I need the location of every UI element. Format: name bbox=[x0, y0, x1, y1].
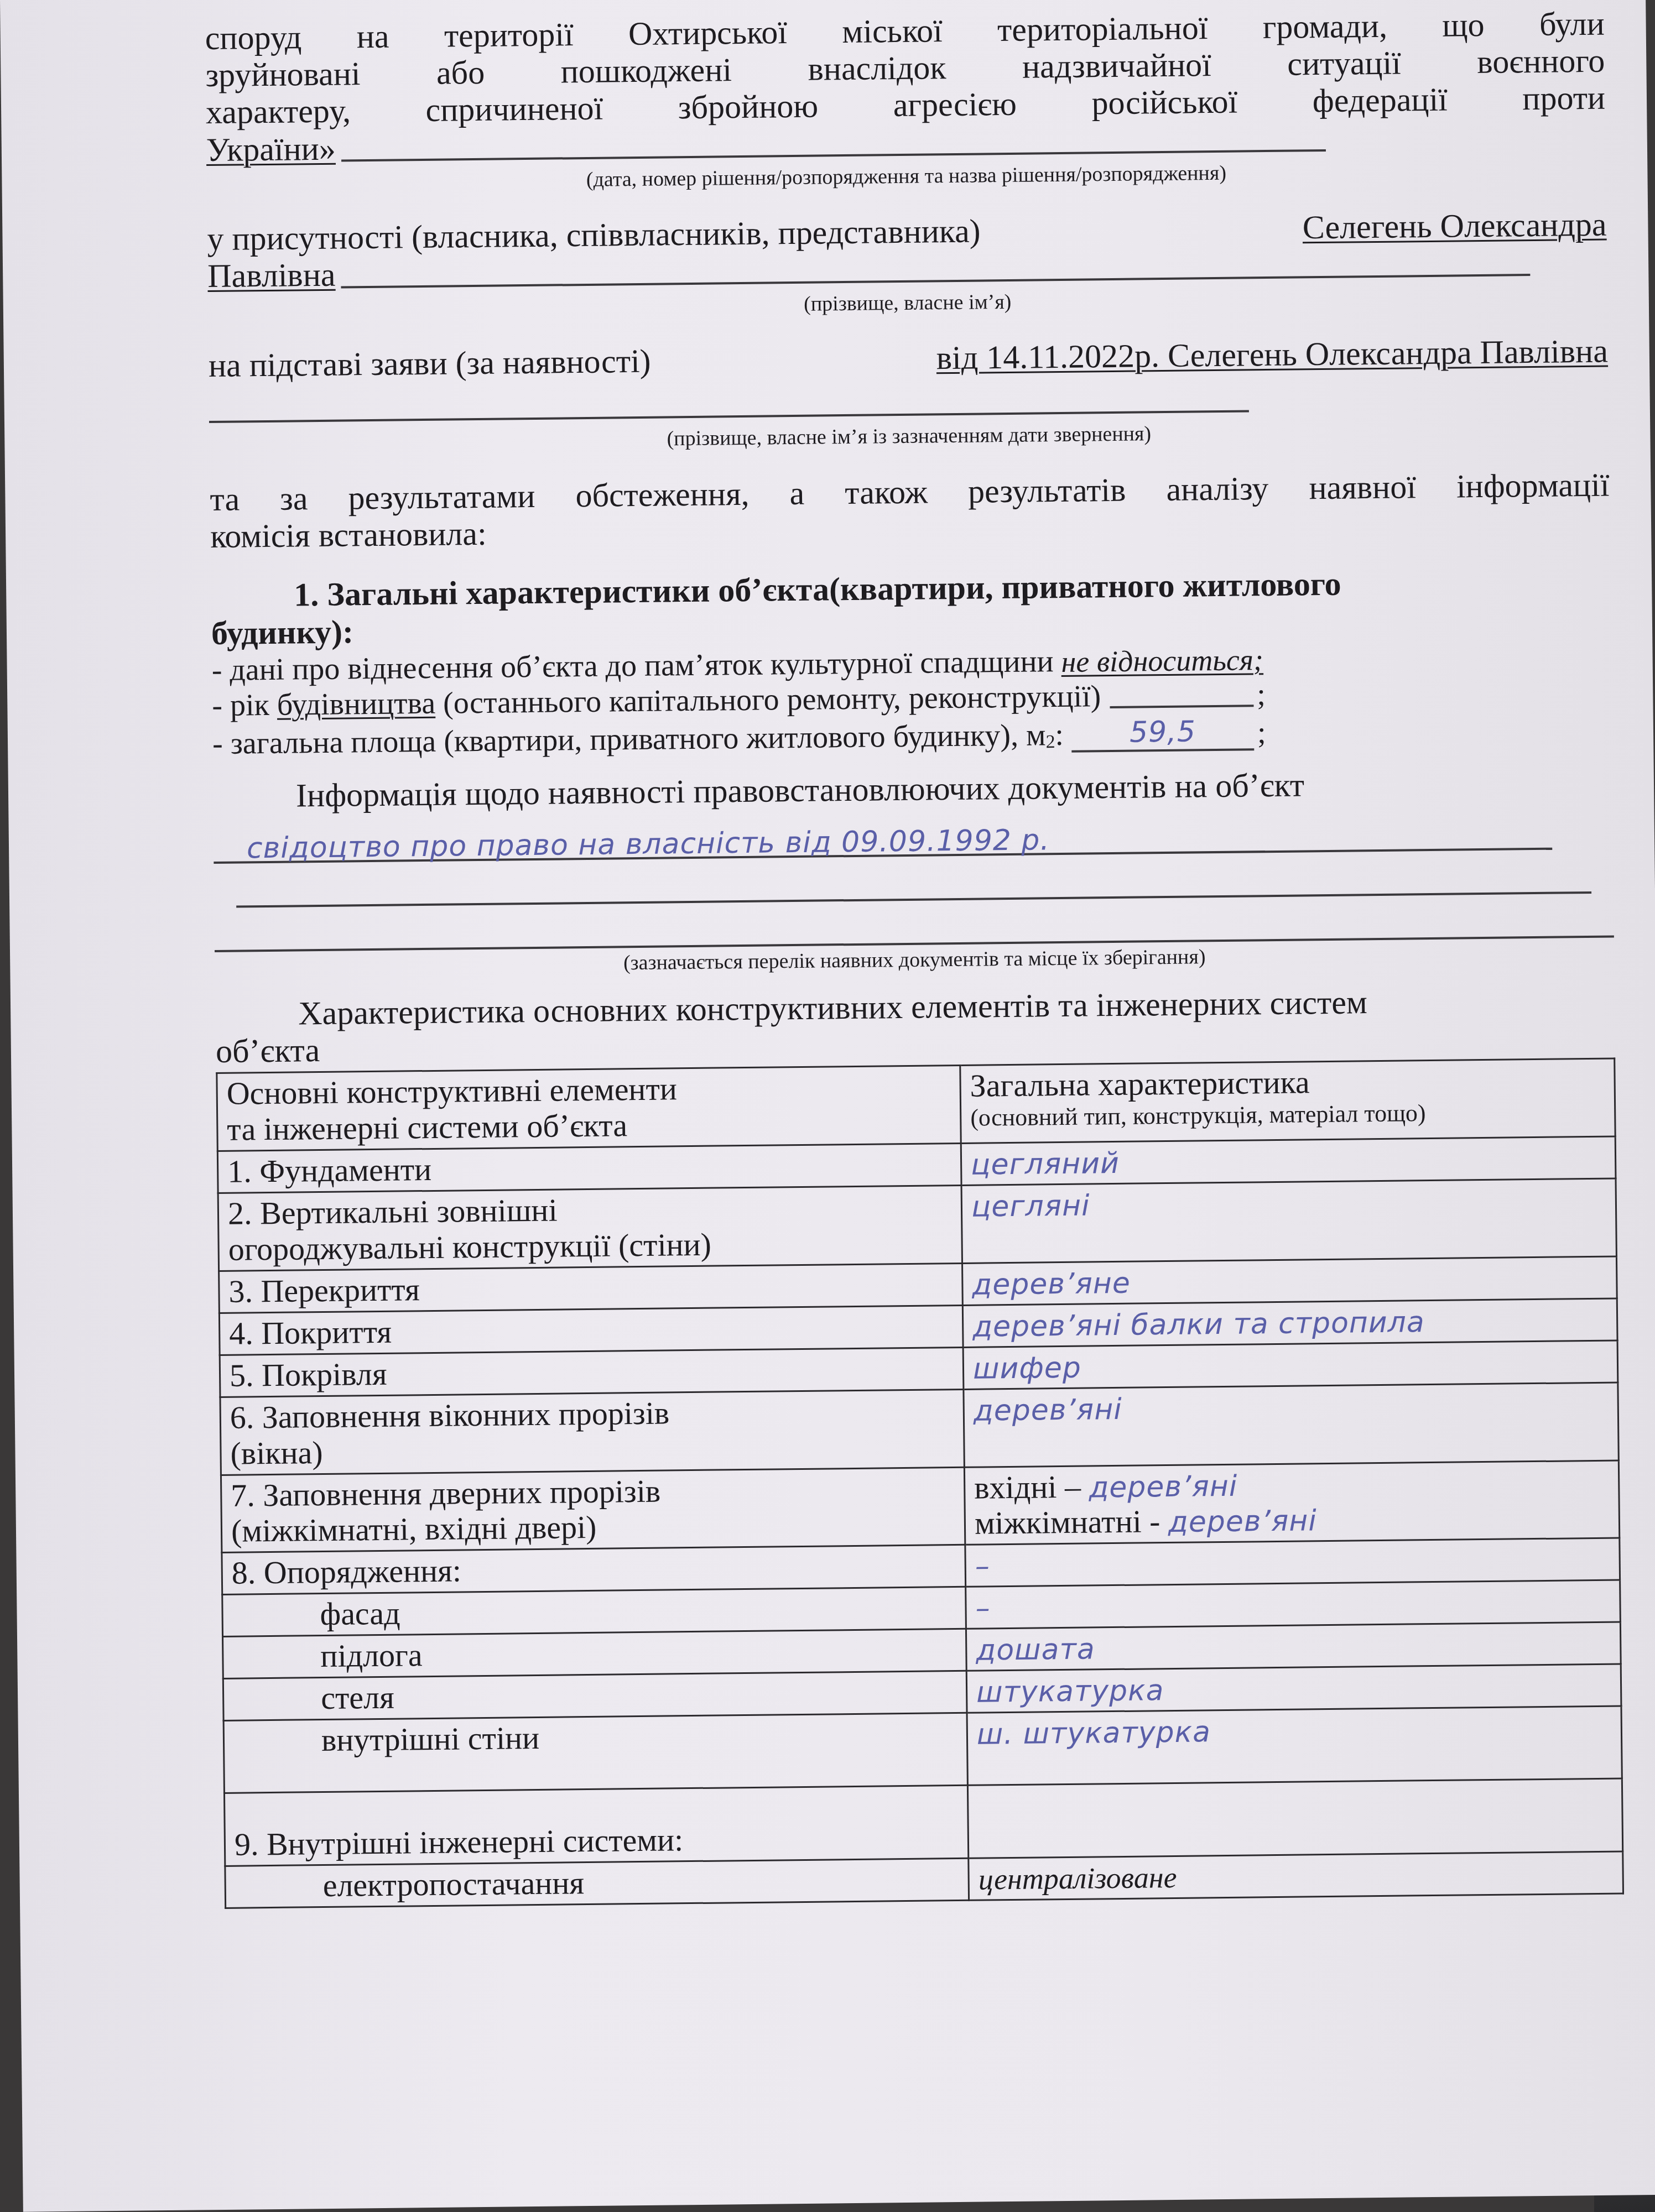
row-value bbox=[967, 1778, 1622, 1858]
header-col2: Загальна характеристика (основний тип, к… bbox=[960, 1058, 1615, 1143]
row-value[interactable]: дерев’яне bbox=[962, 1256, 1617, 1305]
row-value[interactable]: дерев’яні балки та стропила bbox=[962, 1298, 1617, 1347]
row-label: 9. Внутрішні інженерні системи: bbox=[224, 1786, 968, 1866]
table-row-engineering: 9. Внутрішні інженерні системи: bbox=[224, 1778, 1622, 1866]
intro-last: України» bbox=[206, 130, 336, 169]
application-value: від 14.11.2022р. Селегень Олександра Пав… bbox=[936, 333, 1608, 377]
heritage-value: не відноситься; bbox=[1061, 643, 1263, 679]
decision-blank bbox=[341, 149, 1326, 162]
docs-value: свідоцтво про право на власність від 09.… bbox=[247, 824, 1050, 864]
area-field[interactable]: 59,5 bbox=[1071, 713, 1255, 752]
doors-values[interactable]: вхідні – дерев’яні міжкімнатні - дерев’я… bbox=[964, 1460, 1619, 1545]
row-label: 5. Покрівля bbox=[220, 1347, 964, 1397]
year-label-suffix: (останнього капітального ремонту, реконс… bbox=[443, 680, 1101, 721]
doors-entry-label: вхідні – bbox=[974, 1468, 1081, 1505]
presence-value-1: Селегень Олександра bbox=[1302, 206, 1606, 247]
row-label: фасад bbox=[222, 1587, 966, 1637]
document-page: споруд на території Охтирської міської т… bbox=[0, 0, 1655, 2212]
row-label: 4. Покриття bbox=[219, 1305, 963, 1355]
row-value[interactable]: дерев’яні bbox=[964, 1383, 1618, 1467]
row-value[interactable]: штукатурка bbox=[966, 1664, 1621, 1713]
doors-interior-value: дерев’яні bbox=[1168, 1505, 1317, 1540]
row-value[interactable]: шифер bbox=[963, 1340, 1618, 1389]
doors-entry-value: дерев’яні bbox=[1089, 1469, 1237, 1504]
row-value[interactable]: цегляний bbox=[961, 1136, 1616, 1185]
application-blank bbox=[209, 410, 1249, 424]
row-value[interactable]: централізоване bbox=[969, 1851, 1623, 1900]
year-label-word: будівництва bbox=[277, 686, 435, 723]
construction-table: Основні конструктивні елементи та інжене… bbox=[216, 1057, 1624, 1909]
row-value[interactable]: – bbox=[966, 1580, 1621, 1629]
area-label: - загальна площа (квартири, приватного ж… bbox=[212, 718, 1046, 761]
row-label: внутрішні стіни bbox=[223, 1713, 967, 1793]
document-content: споруд на території Охтирської міської т… bbox=[205, 6, 1624, 1909]
row-label: 3. Перекриття bbox=[219, 1263, 963, 1313]
row-label: 2. Вертикальні зовнішні огороджувальні к… bbox=[218, 1185, 962, 1271]
header-col1: Основні конструктивні елементи та інжене… bbox=[217, 1065, 961, 1151]
area-sup: 2 bbox=[1045, 732, 1055, 753]
row-value[interactable]: ш. штукатурка bbox=[967, 1706, 1622, 1785]
row-label: 8. Опорядження: bbox=[222, 1545, 966, 1595]
row-value[interactable]: дошата bbox=[966, 1622, 1621, 1671]
table-row: 2. Вертикальні зовнішні огороджувальні к… bbox=[218, 1178, 1616, 1271]
table-row: внутрішні стіни ш. штукатурка bbox=[223, 1706, 1622, 1793]
row-label: електропостачання bbox=[225, 1859, 969, 1908]
row-label: 6. Заповнення віконних прорізів (вікна) bbox=[220, 1389, 964, 1475]
year-field[interactable] bbox=[1110, 704, 1253, 708]
row-label: 7. Заповнення дверних прорізів (міжкімна… bbox=[221, 1467, 965, 1553]
presence-value-2: Павлівна bbox=[207, 257, 336, 295]
table-row: 6. Заповнення віконних прорізів (вікна) … bbox=[220, 1383, 1618, 1475]
application-label: на підставі заяви (за наявності) bbox=[209, 343, 651, 385]
row-value[interactable]: цегляні bbox=[961, 1178, 1616, 1263]
row-label: підлога bbox=[223, 1629, 967, 1679]
row-label: стеля bbox=[223, 1671, 967, 1721]
area-value: 59,5 bbox=[1130, 716, 1196, 749]
year-label-prefix: - рік bbox=[212, 688, 269, 723]
table-header: Основні конструктивні елементи та інжене… bbox=[217, 1058, 1615, 1151]
table-row-doors: 7. Заповнення дверних прорізів (міжкімна… bbox=[221, 1460, 1619, 1553]
doors-interior-label: міжкімнатні - bbox=[975, 1504, 1160, 1542]
row-value[interactable]: – bbox=[965, 1538, 1620, 1587]
row-label: 1. Фундаменти bbox=[217, 1143, 961, 1193]
